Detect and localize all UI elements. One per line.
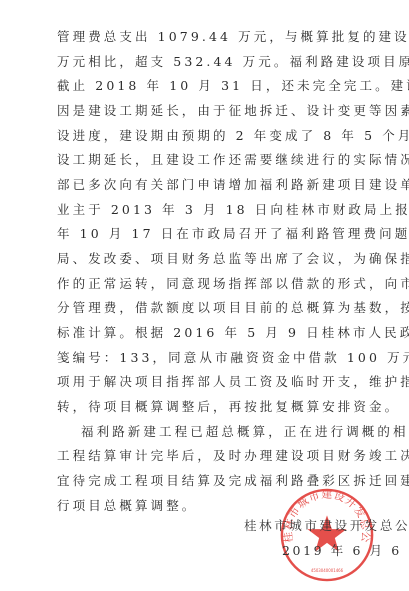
signature-organization: 桂林市城市建设开发总公司 bbox=[244, 518, 409, 534]
text-line: 标准计算。根据 2016 年 5 月 9 日桂林市人民政府办公室文件处理 bbox=[57, 325, 409, 341]
text-line: 笺编号：133，同意从市融资资金中借款 100 万元给市城管委，专 bbox=[57, 350, 409, 366]
text-line: 设进度，建设期由预期的 2 年变成了 8 年 5 个月。考虑到项目建 bbox=[57, 128, 409, 144]
signature-date: 2019 年 6 月 6 日 bbox=[282, 543, 409, 559]
svg-text:4503040001466: 4503040001466 bbox=[311, 568, 344, 573]
text-line: 管理费总支出 1079.44 万元，与概算批复的建设单位管理费 54 bbox=[57, 29, 409, 45]
text-line: 项用于解决项目指挥部人员工资及临时开支，维护指挥部正常运 bbox=[57, 374, 409, 390]
text-line: 行项目总概算调整。 bbox=[57, 498, 197, 514]
text-line: 截止 2018 年 10 月 31 日，还未完全完工。建设单位超概的主要原 bbox=[57, 78, 409, 94]
document-page: 管理费总支出 1079.44 万元，与概算批复的建设单位管理费 54 万元相比，… bbox=[0, 0, 409, 591]
text-line: 工程结算审计完毕后，及时办理建设项目财务竣工决算。具体事 bbox=[57, 448, 409, 464]
text-line: 年 10 月 17 日在市政局召开了福利路管理费问题讨论会，市财政 bbox=[57, 226, 409, 242]
text-line: 万元相比，超支 532.44 万元。福利路建设项目原定工期 2 年，但 bbox=[57, 54, 409, 70]
text-line: 因是建设工期延长，由于征地拆迁、设计变更等因素影响工程建 bbox=[57, 103, 409, 119]
text-line: 转，待项目概算调整后，再按批复概算安排资金。 bbox=[57, 399, 400, 415]
text-line: 作的正常运转，同意现场指挥部以借款的形式，向市政府申请部 bbox=[57, 276, 409, 292]
official-seal-icon: 桂林市城市建设开发总公司 4503040001466 bbox=[278, 486, 376, 584]
text-line: 部已多次向有关部门申请增加福利路新建项目建设单位管理费， bbox=[57, 177, 409, 193]
text-line: 福利路新建工程已超总概算，正在进行调概的相关工作。待 bbox=[81, 424, 409, 440]
text-line: 业主于 2013 年 3 月 18 日向桂林市财政局上报管理费的报告，201 bbox=[57, 202, 409, 218]
text-line: 局、发改委、项目财务总监等出席了会议，为确保指挥部日常工 bbox=[57, 251, 409, 267]
text-line: 设工期延长，且建设工作还需要继续进行的实际情况，现场指挥 bbox=[57, 152, 409, 168]
text-line: 分管理费，借款额度以项目目前的总概算为基数，按管理费取费 bbox=[57, 300, 409, 316]
